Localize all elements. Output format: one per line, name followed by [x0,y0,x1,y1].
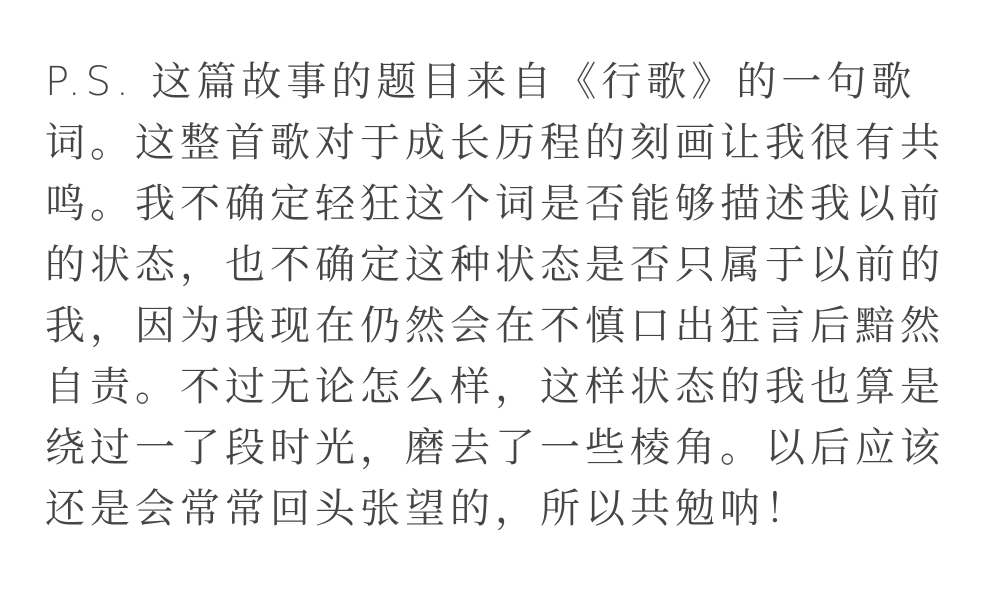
text-image: P.S. 这篇故事的题目来自《行歌》的一句歌 词。这整首歌对于成长历程的刻画让我… [0,0,1000,600]
postscript-paragraph: P.S. 这篇故事的题目来自《行歌》的一句歌 词。这整首歌对于成长历程的刻画让我… [45,52,957,540]
text-line: 绕过一了段时光，磨去了一些棱角。以后应该 [45,418,957,479]
text-line: 还是会常常回头张望的，所以共勉呐！ [45,479,957,540]
text-line: 词。这整首歌对于成长历程的刻画让我很有共 [45,113,957,174]
text-line: P.S. 这篇故事的题目来自《行歌》的一句歌 [45,52,957,113]
text-line: 我，因为我现在仍然会在不慎口出狂言后黯然 [45,296,957,357]
text-line: 鸣。我不确定轻狂这个词是否能够描述我以前 [45,174,957,235]
text-line: 的状态，也不确定这种状态是否只属于以前的 [45,235,957,296]
text-line: 自责。不过无论怎么样，这样状态的我也算是 [45,357,957,418]
